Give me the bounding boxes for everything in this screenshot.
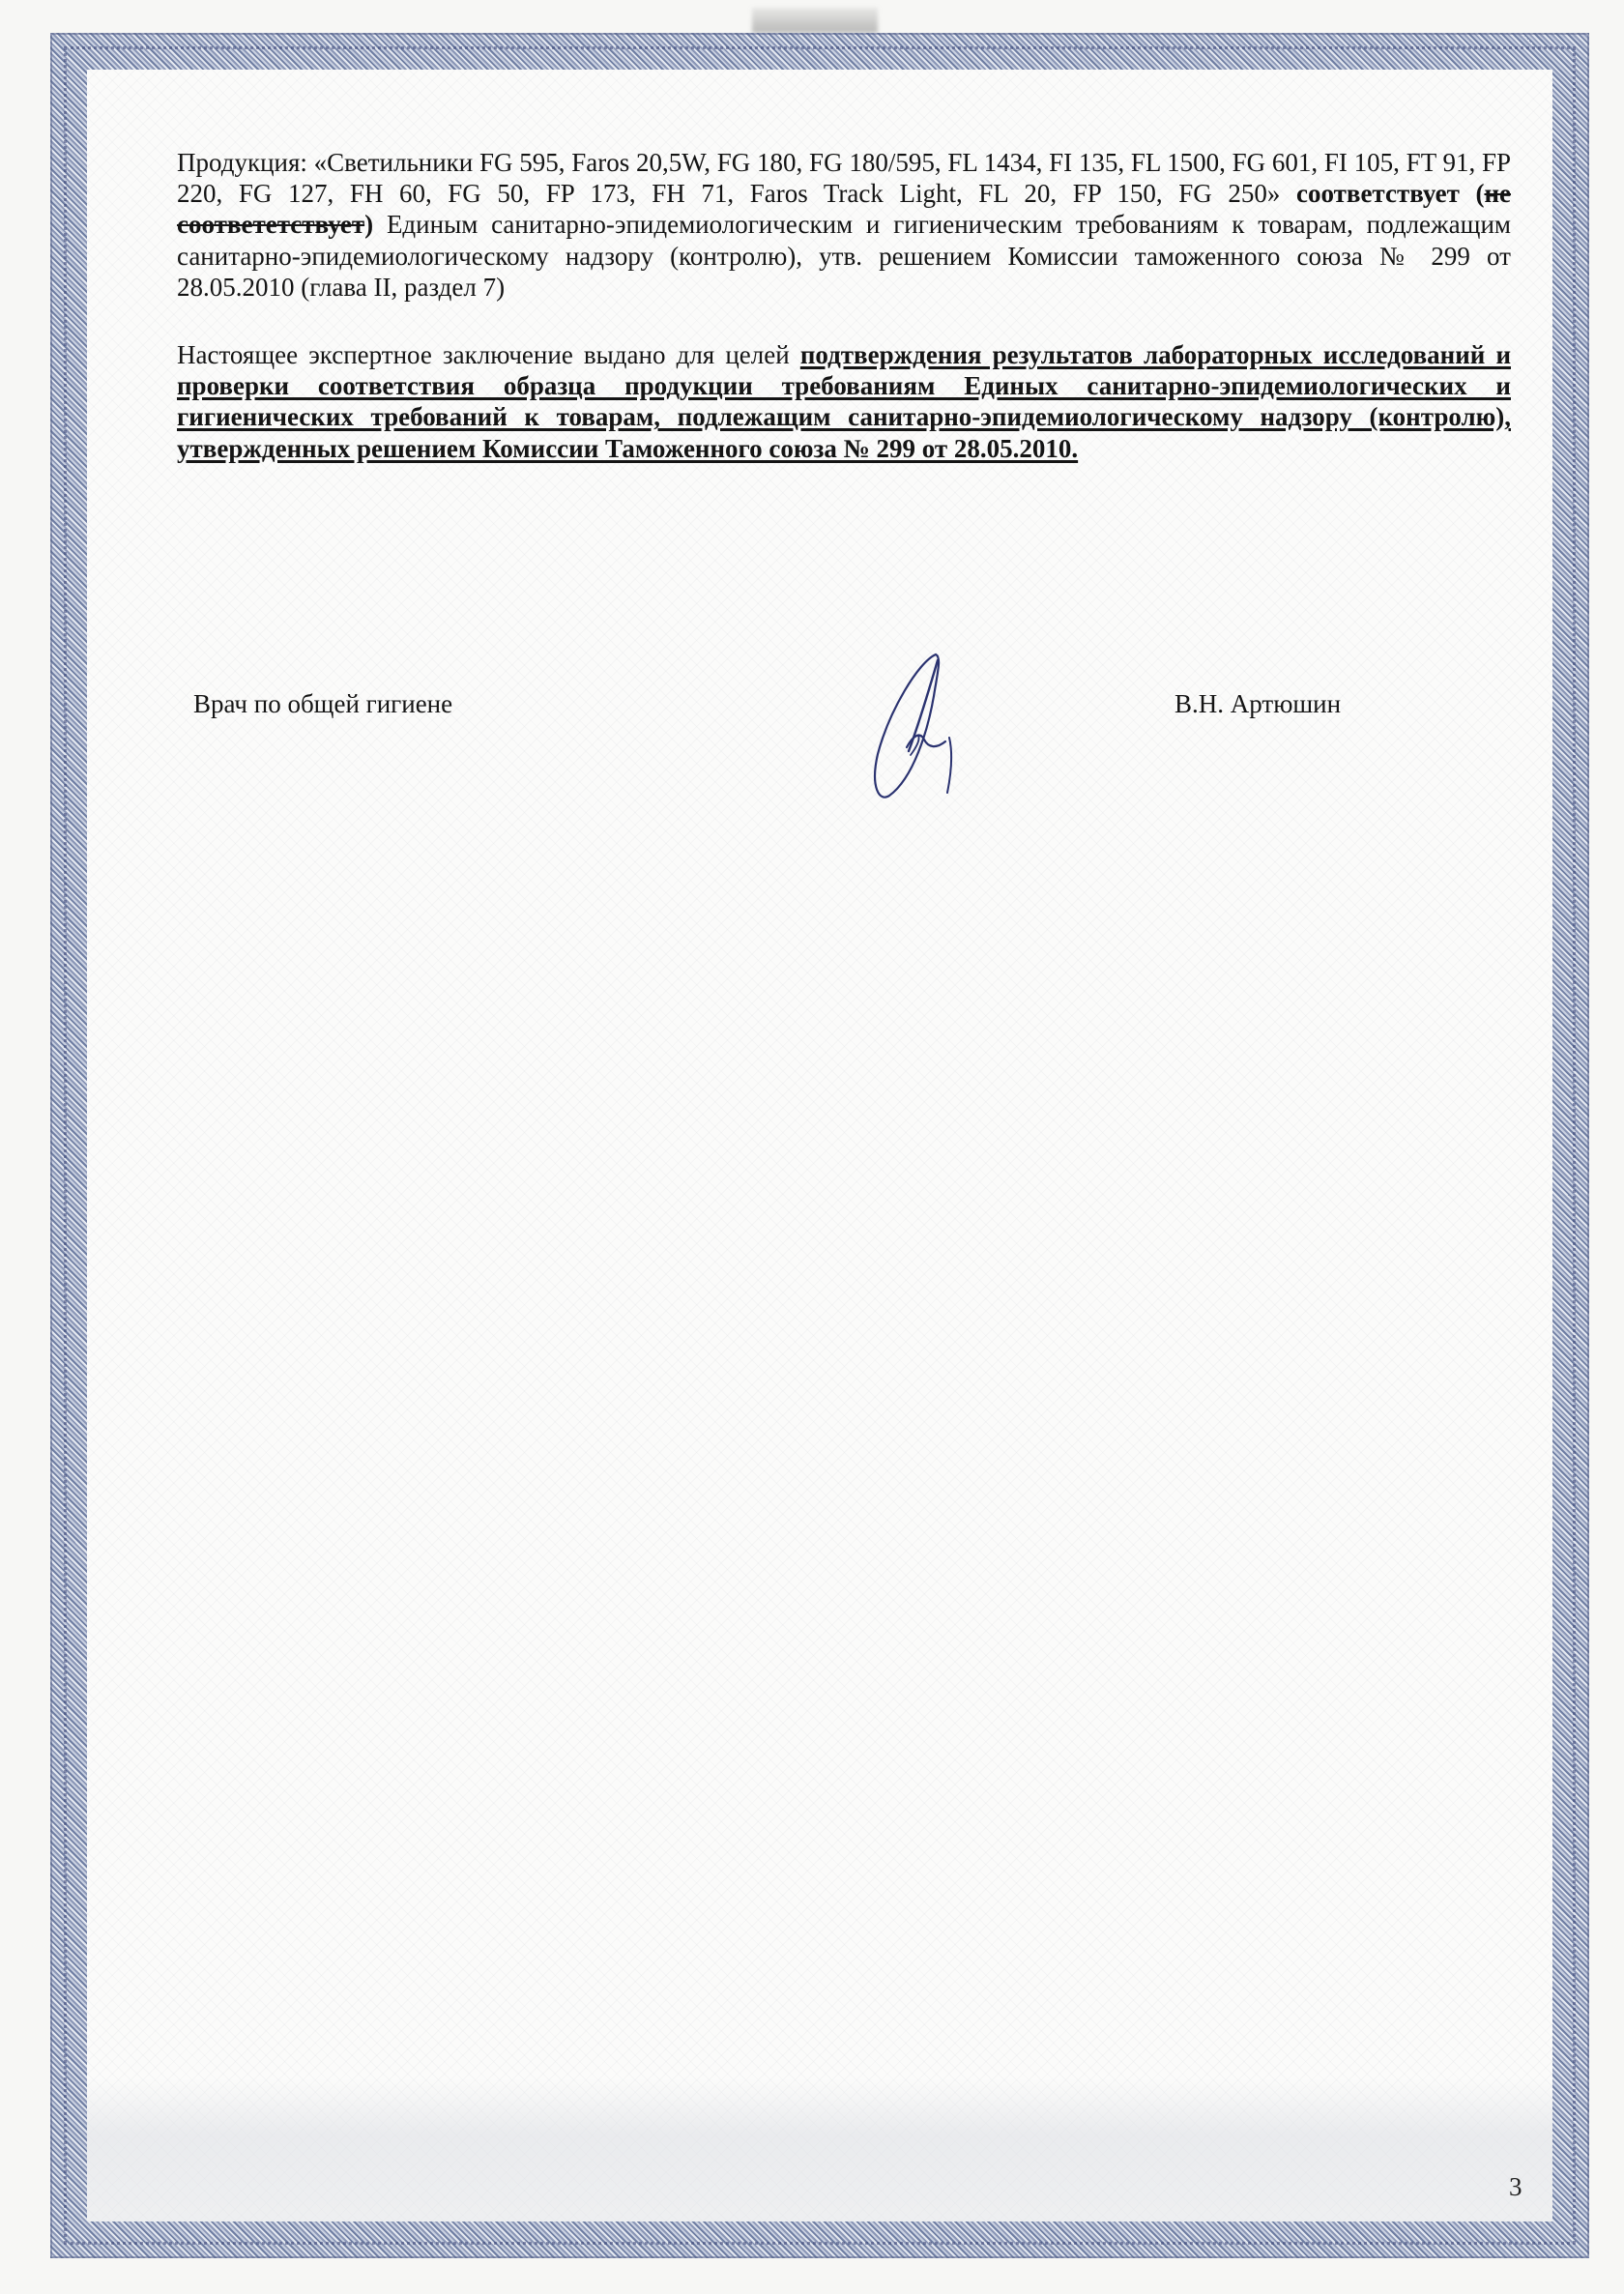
handwritten-signature-icon: [860, 643, 1005, 807]
expert-conclusion-paragraph: Настоящее экспертное заключение выдано д…: [177, 339, 1511, 464]
product-conformity-paragraph: Продукция: «Светильники FG 595, Faros 20…: [177, 147, 1511, 303]
open-paren: (: [1460, 179, 1485, 208]
document-body: Продукция: «Светильники FG 595, Faros 20…: [177, 147, 1511, 464]
complies-text: соответствует: [1296, 179, 1460, 208]
conclusion-intro-text: Настоящее экспертное заключение выдано д…: [177, 340, 800, 369]
requirements-text: Единым санитарно-эпидемиологическим и ги…: [177, 210, 1511, 301]
paper-shading: [87, 2078, 1552, 2221]
signer-position: Врач по общей гигиене: [193, 689, 452, 719]
close-paren: ): [364, 210, 373, 239]
scan-artifact: [752, 8, 878, 33]
page-number: 3: [1509, 2172, 1522, 2202]
signature-block: Врач по общей гигиене В.Н. Артюшин: [193, 689, 1450, 728]
signer-name: В.Н. Артюшин: [1174, 689, 1341, 719]
